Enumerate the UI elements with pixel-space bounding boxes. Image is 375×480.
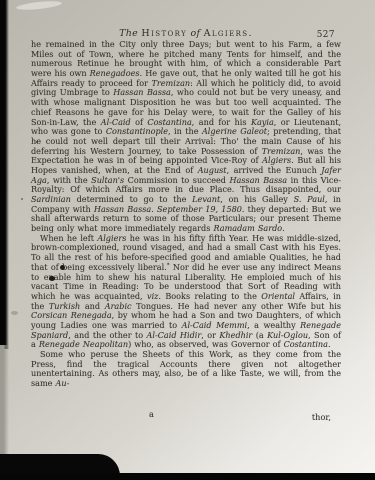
- text-segment: determined to go to the: [71, 194, 192, 204]
- text-segment: August: [198, 165, 227, 175]
- text-segment: ) who, as observed, was Governor of: [128, 339, 284, 349]
- text-segment: Khedhir: [219, 330, 252, 340]
- text-segment: History: [141, 28, 187, 39]
- text-segment: , arrived the Eunuch: [227, 165, 322, 175]
- ink-blot: [49, 276, 55, 281]
- text-segment: Algiers: [97, 233, 126, 243]
- text-segment: Algiers.: [204, 28, 253, 39]
- text-segment: Al-Caid Memmi: [182, 320, 247, 330]
- text-segment: S. Paul: [294, 194, 325, 204]
- text-segment: Some who peruse the Sheets of this Work,…: [31, 349, 341, 388]
- ink-speck: [36, 141, 38, 143]
- scanned-book-page: The History of Algiers. 527 he remained …: [0, 0, 375, 480]
- text-segment: , and the other to: [68, 330, 146, 340]
- text-segment: Constantinople: [106, 126, 168, 136]
- paragraph: When he left Algiers he was in his fifty…: [31, 234, 341, 350]
- catchword: thor,: [312, 412, 331, 422]
- text-segment: Commission to succeed: [124, 175, 229, 185]
- text-segment: , on his Galley: [220, 194, 293, 204]
- text-segment: Levant: [192, 194, 220, 204]
- page-body-text: he remained in the City only three Days;…: [31, 40, 341, 389]
- ink-speck: [21, 198, 23, 200]
- text-segment: Al-Caid: [101, 117, 131, 127]
- text-segment: The: [119, 28, 141, 39]
- text-segment: , and for his: [192, 117, 251, 127]
- text-segment: Turkish: [49, 301, 80, 311]
- text-segment: Hassan Bassa: [113, 87, 171, 97]
- text-segment: Books relating to the: [161, 291, 261, 301]
- text-segment: Au-: [56, 378, 70, 388]
- text-segment: , a wealthy: [247, 320, 300, 330]
- page-bottom-edge: [0, 473, 375, 480]
- scan-smudge: [11, 311, 18, 315]
- text-segment: , with the: [47, 175, 91, 185]
- text-segment: Ramadam Sardo: [213, 223, 282, 233]
- text-segment: .: [282, 223, 285, 233]
- book-gutter-shadow: [0, 0, 9, 349]
- paragraph: Some who peruse the Sheets of this Work,…: [31, 350, 341, 389]
- text-segment: Arabic: [105, 301, 132, 311]
- text-segment: September 19, 1580.: [157, 204, 245, 214]
- text-segment: , in the: [168, 126, 202, 136]
- text-segment: of: [187, 28, 203, 39]
- text-segment: .: [328, 339, 331, 349]
- signature-mark: a: [149, 409, 154, 419]
- text-segment: Oriental: [261, 291, 295, 301]
- text-segment: Kul-Oglou: [267, 330, 308, 340]
- text-segment: Tongues. He had never any other Wife but…: [132, 301, 341, 311]
- paragraph: he remained in the City only three Days;…: [31, 40, 341, 234]
- text-segment: , or: [201, 330, 219, 340]
- text-segment: and: [80, 301, 104, 311]
- text-segment: Corsican Renegada: [31, 310, 112, 320]
- text-segment: Hassan Bassa: [230, 175, 288, 185]
- text-segment: Costantina: [147, 117, 191, 127]
- text-segment: (a: [252, 330, 267, 340]
- text-segment: Renegade Neapolitan: [39, 339, 128, 349]
- text-segment: Renegadoes: [90, 68, 140, 78]
- text-segment: Sardinian: [31, 194, 71, 204]
- text-segment: Algerine Galeot: [202, 126, 267, 136]
- text-segment: Hassan Bassa: [94, 204, 151, 214]
- text-segment: Kayia: [251, 117, 274, 127]
- text-segment: Costantina: [284, 339, 328, 349]
- text-segment: Algiers: [262, 155, 291, 165]
- text-segment: viz.: [147, 291, 161, 301]
- text-segment: Tremizan: [262, 146, 301, 156]
- ink-blot: [60, 265, 65, 270]
- text-segment: When he left: [40, 233, 97, 243]
- page-footer: a thor,: [31, 403, 341, 425]
- text-segment: Sultan's: [91, 175, 124, 185]
- text-segment: Al-Caid Hidir: [147, 330, 202, 340]
- page-title: The History of Algiers.: [31, 28, 341, 39]
- text-segment: of: [131, 117, 148, 127]
- text-segment: Tremizan: [152, 78, 191, 88]
